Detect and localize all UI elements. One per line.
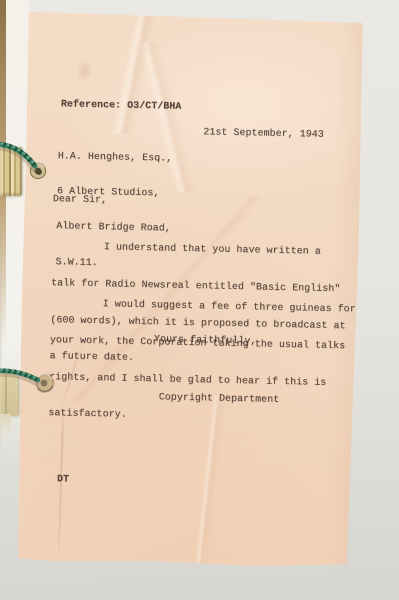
page-edges-tab-upper xyxy=(0,146,22,196)
page-edges-tab-lower-tail xyxy=(0,414,11,438)
body-paragraph-2: I would suggest a fee of three guineas f… xyxy=(48,273,357,450)
address-line: H.A. Henghes, Esq., xyxy=(58,150,173,164)
typist-initials: DT xyxy=(57,473,69,485)
reference-line: Reference: O3/CT/BHA xyxy=(61,98,182,113)
closing-valediction: Yours faithfully, xyxy=(154,333,257,347)
signature-department: Copyright Department xyxy=(159,391,280,406)
date-line: 21st September, 1943 xyxy=(203,126,324,141)
body-line: I would suggest a fee of three guineas f… xyxy=(51,297,356,316)
salutation: Dear Sir, xyxy=(53,193,107,206)
page-edges-tab-lower xyxy=(0,372,19,416)
letter-photograph: Reference: O3/CT/BHA 21st September, 194… xyxy=(0,0,399,600)
paper-smudge xyxy=(76,59,92,83)
body-line: satisfactory. xyxy=(48,407,353,426)
body-line: rights, and I shall be glad to hear if t… xyxy=(49,371,354,390)
letter-paper: Reference: O3/CT/BHA 21st September, 194… xyxy=(16,12,363,570)
body-line: I understand that you have written a xyxy=(52,241,347,259)
